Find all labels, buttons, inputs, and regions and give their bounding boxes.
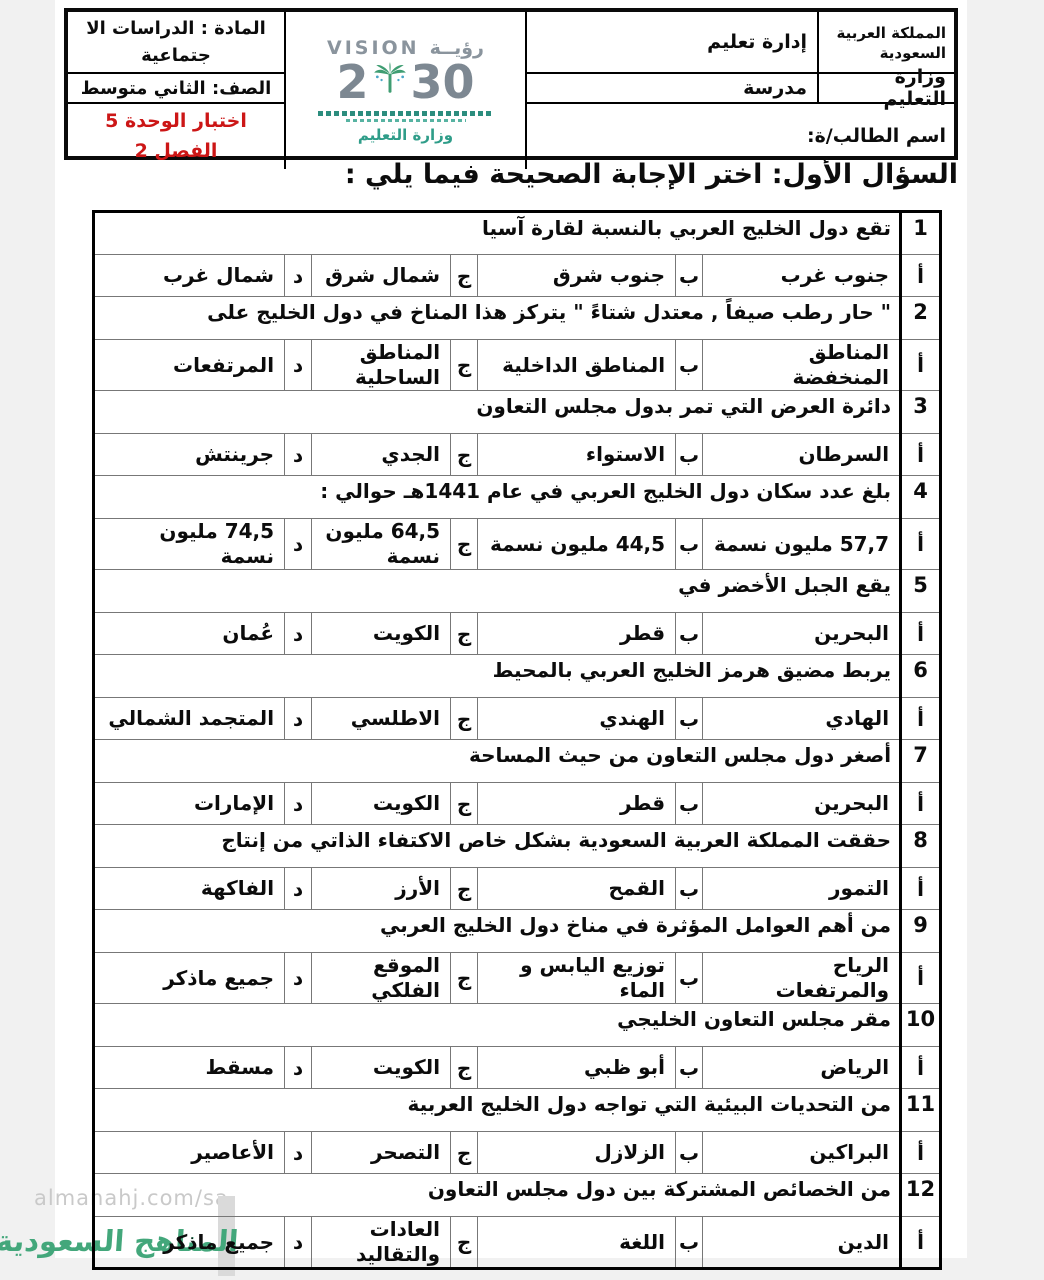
option-letter-3: د (285, 698, 312, 740)
option-text-0: البحرين (703, 613, 901, 655)
option-text-1: المناطق الداخلية (478, 340, 676, 391)
option-text-0: الرياح والمرتفعات (703, 953, 901, 1004)
option-text-2: الاطلسي (312, 698, 451, 740)
option-letter-3: د (285, 783, 312, 825)
answers-row: أالتموربالقمحجالأرزدالفاكهة (94, 868, 941, 910)
option-text-1: توزيع اليابس و الماء (478, 953, 676, 1004)
option-text-2: الموقع الفلكي (312, 953, 451, 1004)
option-text-2: شمال شرق (312, 255, 451, 297)
option-letter-2: ج (451, 1132, 478, 1174)
question-row: 12من الخصائص المشتركة بين دول مجلس التعا… (94, 1174, 941, 1217)
question-text: من أهم العوامل المؤثرة في مناخ دول الخلي… (94, 910, 901, 953)
option-letter-2: ج (451, 1217, 478, 1269)
answers-row: أالهاديبالهنديجالاطلسيدالمتجمد الشمالي (94, 698, 941, 740)
question-row: 6يربط مضيق هرمز الخليج العربي بالمحيط (94, 655, 941, 698)
question-number: 12 (901, 1174, 941, 1217)
answers-row: أالبحرينبقطرجالكويتدعُمان (94, 613, 941, 655)
question-row: 10مقر مجلس التعاون الخليجي (94, 1004, 941, 1047)
question-row: 2" حار رطب صيفاً , معتدل شتاءً " يتركز ه… (94, 297, 941, 340)
option-text-0: البحرين (703, 783, 901, 825)
palm-emblem-icon (371, 59, 409, 105)
option-letter-1: ب (676, 434, 703, 476)
question-row: 7أصغر دول مجلس التعاون من حيث المساحة (94, 740, 941, 783)
option-letter-2: ج (451, 783, 478, 825)
option-text-2: الكويت (312, 783, 451, 825)
option-text-1: الهندي (478, 698, 676, 740)
option-text-0: الرياض (703, 1047, 901, 1089)
option-text-0: التمور (703, 868, 901, 910)
vision-2030-logo: VISION رؤيــة 2 (284, 12, 527, 169)
scanned-exam-page: almanahj.com/sa المناهج السعودية المملكة… (0, 0, 1044, 1280)
option-letter-1: ب (676, 255, 703, 297)
question-number: 9 (901, 910, 941, 953)
option-letter-3: د (285, 953, 312, 1004)
option-letter-3: د (285, 1047, 312, 1089)
option-letter-2: ج (451, 519, 478, 570)
option-text-3: الإمارات (94, 783, 285, 825)
question-text: يقع الجبل الأخضر في (94, 570, 901, 613)
question-row: 9من أهم العوامل المؤثرة في مناخ دول الخل… (94, 910, 941, 953)
answers-row: أالرياح والمرتفعاتبتوزيع اليابس و الماءج… (94, 953, 941, 1004)
question-number: 2 (901, 297, 941, 340)
question-text: من الخصائص المشتركة بين دول مجلس التعاون (94, 1174, 901, 1217)
option-text-0: الدين (703, 1217, 901, 1269)
option-text-0: الهادي (703, 698, 901, 740)
question-text: يربط مضيق هرمز الخليج العربي بالمحيط (94, 655, 901, 698)
option-text-1: القمح (478, 868, 676, 910)
option-letter-2: ج (451, 868, 478, 910)
option-text-1: اللغة (478, 1217, 676, 1269)
grade-label: الصف: الثاني متوسط (68, 74, 284, 104)
option-text-2: الجدي (312, 434, 451, 476)
option-letter-1: ب (676, 1132, 703, 1174)
question-row: 5يقع الجبل الأخضر في (94, 570, 941, 613)
question-text: " حار رطب صيفاً , معتدل شتاءً " يتركز هذ… (94, 297, 901, 340)
option-letter-2: ج (451, 255, 478, 297)
question-number: 8 (901, 825, 941, 868)
option-letter-2: ج (451, 953, 478, 1004)
option-text-0: المناطق المنخفضة (703, 340, 901, 391)
question-number: 4 (901, 476, 941, 519)
option-letter-0: أ (901, 698, 941, 740)
option-letter-1: ب (676, 340, 703, 391)
option-text-1: جنوب شرق (478, 255, 676, 297)
answers-row: أالسرطانبالاستواءجالجديدجرينتش (94, 434, 941, 476)
question-text: حققت المملكة العربية السعودية بشكل خاص ا… (94, 825, 901, 868)
option-text-3: جرينتش (94, 434, 285, 476)
questions-table: 1تقع دول الخليج العربي بالنسبة لقارة آسي… (92, 210, 942, 1270)
option-letter-2: ج (451, 613, 478, 655)
answers-row: أ57,7 مليون نسمةب44,5 مليون نسمةج64,5 مل… (94, 519, 941, 570)
option-letter-3: د (285, 1132, 312, 1174)
logo-divider-dashes-small (346, 119, 466, 122)
option-text-2: الكويت (312, 613, 451, 655)
answers-row: أالرياضبأبو ظبيجالكويتدمسقط (94, 1047, 941, 1089)
question-number: 5 (901, 570, 941, 613)
subject-label: المادة : الدراسات الا جتماعية (68, 12, 284, 74)
option-text-2: الأرز (312, 868, 451, 910)
option-letter-3: د (285, 255, 312, 297)
answers-row: أالبحرينبقطرجالكويتدالإمارات (94, 783, 941, 825)
option-letter-3: د (285, 519, 312, 570)
section-title: السؤال الأول: اختر الإجابة الصحيحة فيما … (345, 159, 958, 190)
question-row: 3دائرة العرض التي تمر بدول مجلس التعاون (94, 391, 941, 434)
option-text-2: العادات والتقاليد (312, 1217, 451, 1269)
option-text-1: قطر (478, 783, 676, 825)
ministry-wordmark: وزارة التعليم (358, 126, 453, 144)
option-letter-1: ب (676, 1217, 703, 1269)
option-letter-3: د (285, 340, 312, 391)
option-letter-1: ب (676, 698, 703, 740)
question-row: 4بلغ عدد سكان دول الخليج العربي في عام 1… (94, 476, 941, 519)
answers-row: أالبراكينبالزلازلجالتصحردالأعاصير (94, 1132, 941, 1174)
question-text: من التحديات البيئية التي تواجه دول الخلي… (94, 1089, 901, 1132)
exam-header-table: المملكة العربية السعودية وزارة التعليم إ… (64, 8, 958, 160)
question-row: 1تقع دول الخليج العربي بالنسبة لقارة آسي… (94, 212, 941, 255)
answers-row: أالدينباللغةجالعادات والتقاليددجميع ماذك… (94, 1217, 941, 1269)
answers-row: أجنوب غرببجنوب شرقجشمال شرقدشمال غرب (94, 255, 941, 297)
option-text-0: 57,7 مليون نسمة (703, 519, 901, 570)
option-text-3: 74,5 مليون نسمة (94, 519, 285, 570)
option-text-1: 44,5 مليون نسمة (478, 519, 676, 570)
question-text: تقع دول الخليج العربي بالنسبة لقارة آسيا (94, 212, 901, 255)
question-row: 8حققت المملكة العربية السعودية بشكل خاص … (94, 825, 941, 868)
answers-row: أالمناطق المنخفضةبالمناطق الداخليةجالمنا… (94, 340, 941, 391)
option-letter-2: ج (451, 434, 478, 476)
option-text-2: الكويت (312, 1047, 451, 1089)
option-letter-0: أ (901, 953, 941, 1004)
question-text: أصغر دول مجلس التعاون من حيث المساحة (94, 740, 901, 783)
option-text-2: 64,5 مليون نسمة (312, 519, 451, 570)
option-letter-0: أ (901, 1217, 941, 1269)
option-letter-3: د (285, 434, 312, 476)
option-letter-1: ب (676, 868, 703, 910)
option-letter-3: د (285, 613, 312, 655)
question-number: 11 (901, 1089, 941, 1132)
option-text-1: قطر (478, 613, 676, 655)
option-text-2: المناطق الساحلية (312, 340, 451, 391)
option-text-3: شمال غرب (94, 255, 285, 297)
ministry-label: وزارة التعليم (817, 74, 954, 104)
option-text-3: جميع ماذكر (94, 953, 285, 1004)
option-letter-0: أ (901, 868, 941, 910)
option-text-3: الفاكهة (94, 868, 285, 910)
option-text-0: السرطان (703, 434, 901, 476)
option-letter-1: ب (676, 1047, 703, 1089)
question-number: 7 (901, 740, 941, 783)
option-text-1: الزلازل (478, 1132, 676, 1174)
option-text-3: الأعاصير (94, 1132, 285, 1174)
question-text: مقر مجلس التعاون الخليجي (94, 1004, 901, 1047)
vision-year-prefix: 2 (336, 59, 368, 105)
question-number: 10 (901, 1004, 941, 1047)
option-text-3: عُمان (94, 613, 285, 655)
kingdom-label: المملكة العربية السعودية (817, 12, 954, 74)
option-text-0: البراكين (703, 1132, 901, 1174)
exam-title-label: اختبار الوحدة 5 الفصل 2 (68, 104, 284, 169)
option-letter-1: ب (676, 519, 703, 570)
question-text: دائرة العرض التي تمر بدول مجلس التعاون (94, 391, 901, 434)
option-letter-0: أ (901, 1047, 941, 1089)
option-text-3: مسقط (94, 1047, 285, 1089)
vision-year: 2 (336, 59, 474, 105)
option-letter-1: ب (676, 953, 703, 1004)
option-letter-0: أ (901, 1132, 941, 1174)
education-admin-label: إدارة تعليم (527, 12, 817, 74)
logo-divider-dashes (318, 111, 494, 116)
option-letter-0: أ (901, 519, 941, 570)
option-letter-2: ج (451, 340, 478, 391)
option-letter-0: أ (901, 434, 941, 476)
question-number: 6 (901, 655, 941, 698)
option-text-3: المتجمد الشمالي (94, 698, 285, 740)
option-text-3: جميع ماذكر (94, 1217, 285, 1269)
option-letter-0: أ (901, 783, 941, 825)
option-letter-0: أ (901, 340, 941, 391)
question-row: 11من التحديات البيئية التي تواجه دول الخ… (94, 1089, 941, 1132)
vision-year-suffix: 30 (411, 59, 475, 105)
option-letter-2: ج (451, 698, 478, 740)
option-letter-0: أ (901, 255, 941, 297)
question-number: 1 (901, 212, 941, 255)
question-number: 3 (901, 391, 941, 434)
question-text: بلغ عدد سكان دول الخليج العربي في عام 14… (94, 476, 901, 519)
option-letter-2: ج (451, 1047, 478, 1089)
option-letter-0: أ (901, 613, 941, 655)
option-text-2: التصحر (312, 1132, 451, 1174)
option-letter-3: د (285, 868, 312, 910)
option-text-3: المرتفعات (94, 340, 285, 391)
option-letter-1: ب (676, 783, 703, 825)
option-text-0: جنوب غرب (703, 255, 901, 297)
school-label: مدرسة (527, 74, 817, 104)
option-text-1: الاستواء (478, 434, 676, 476)
option-letter-1: ب (676, 613, 703, 655)
option-letter-3: د (285, 1217, 312, 1269)
option-text-1: أبو ظبي (478, 1047, 676, 1089)
